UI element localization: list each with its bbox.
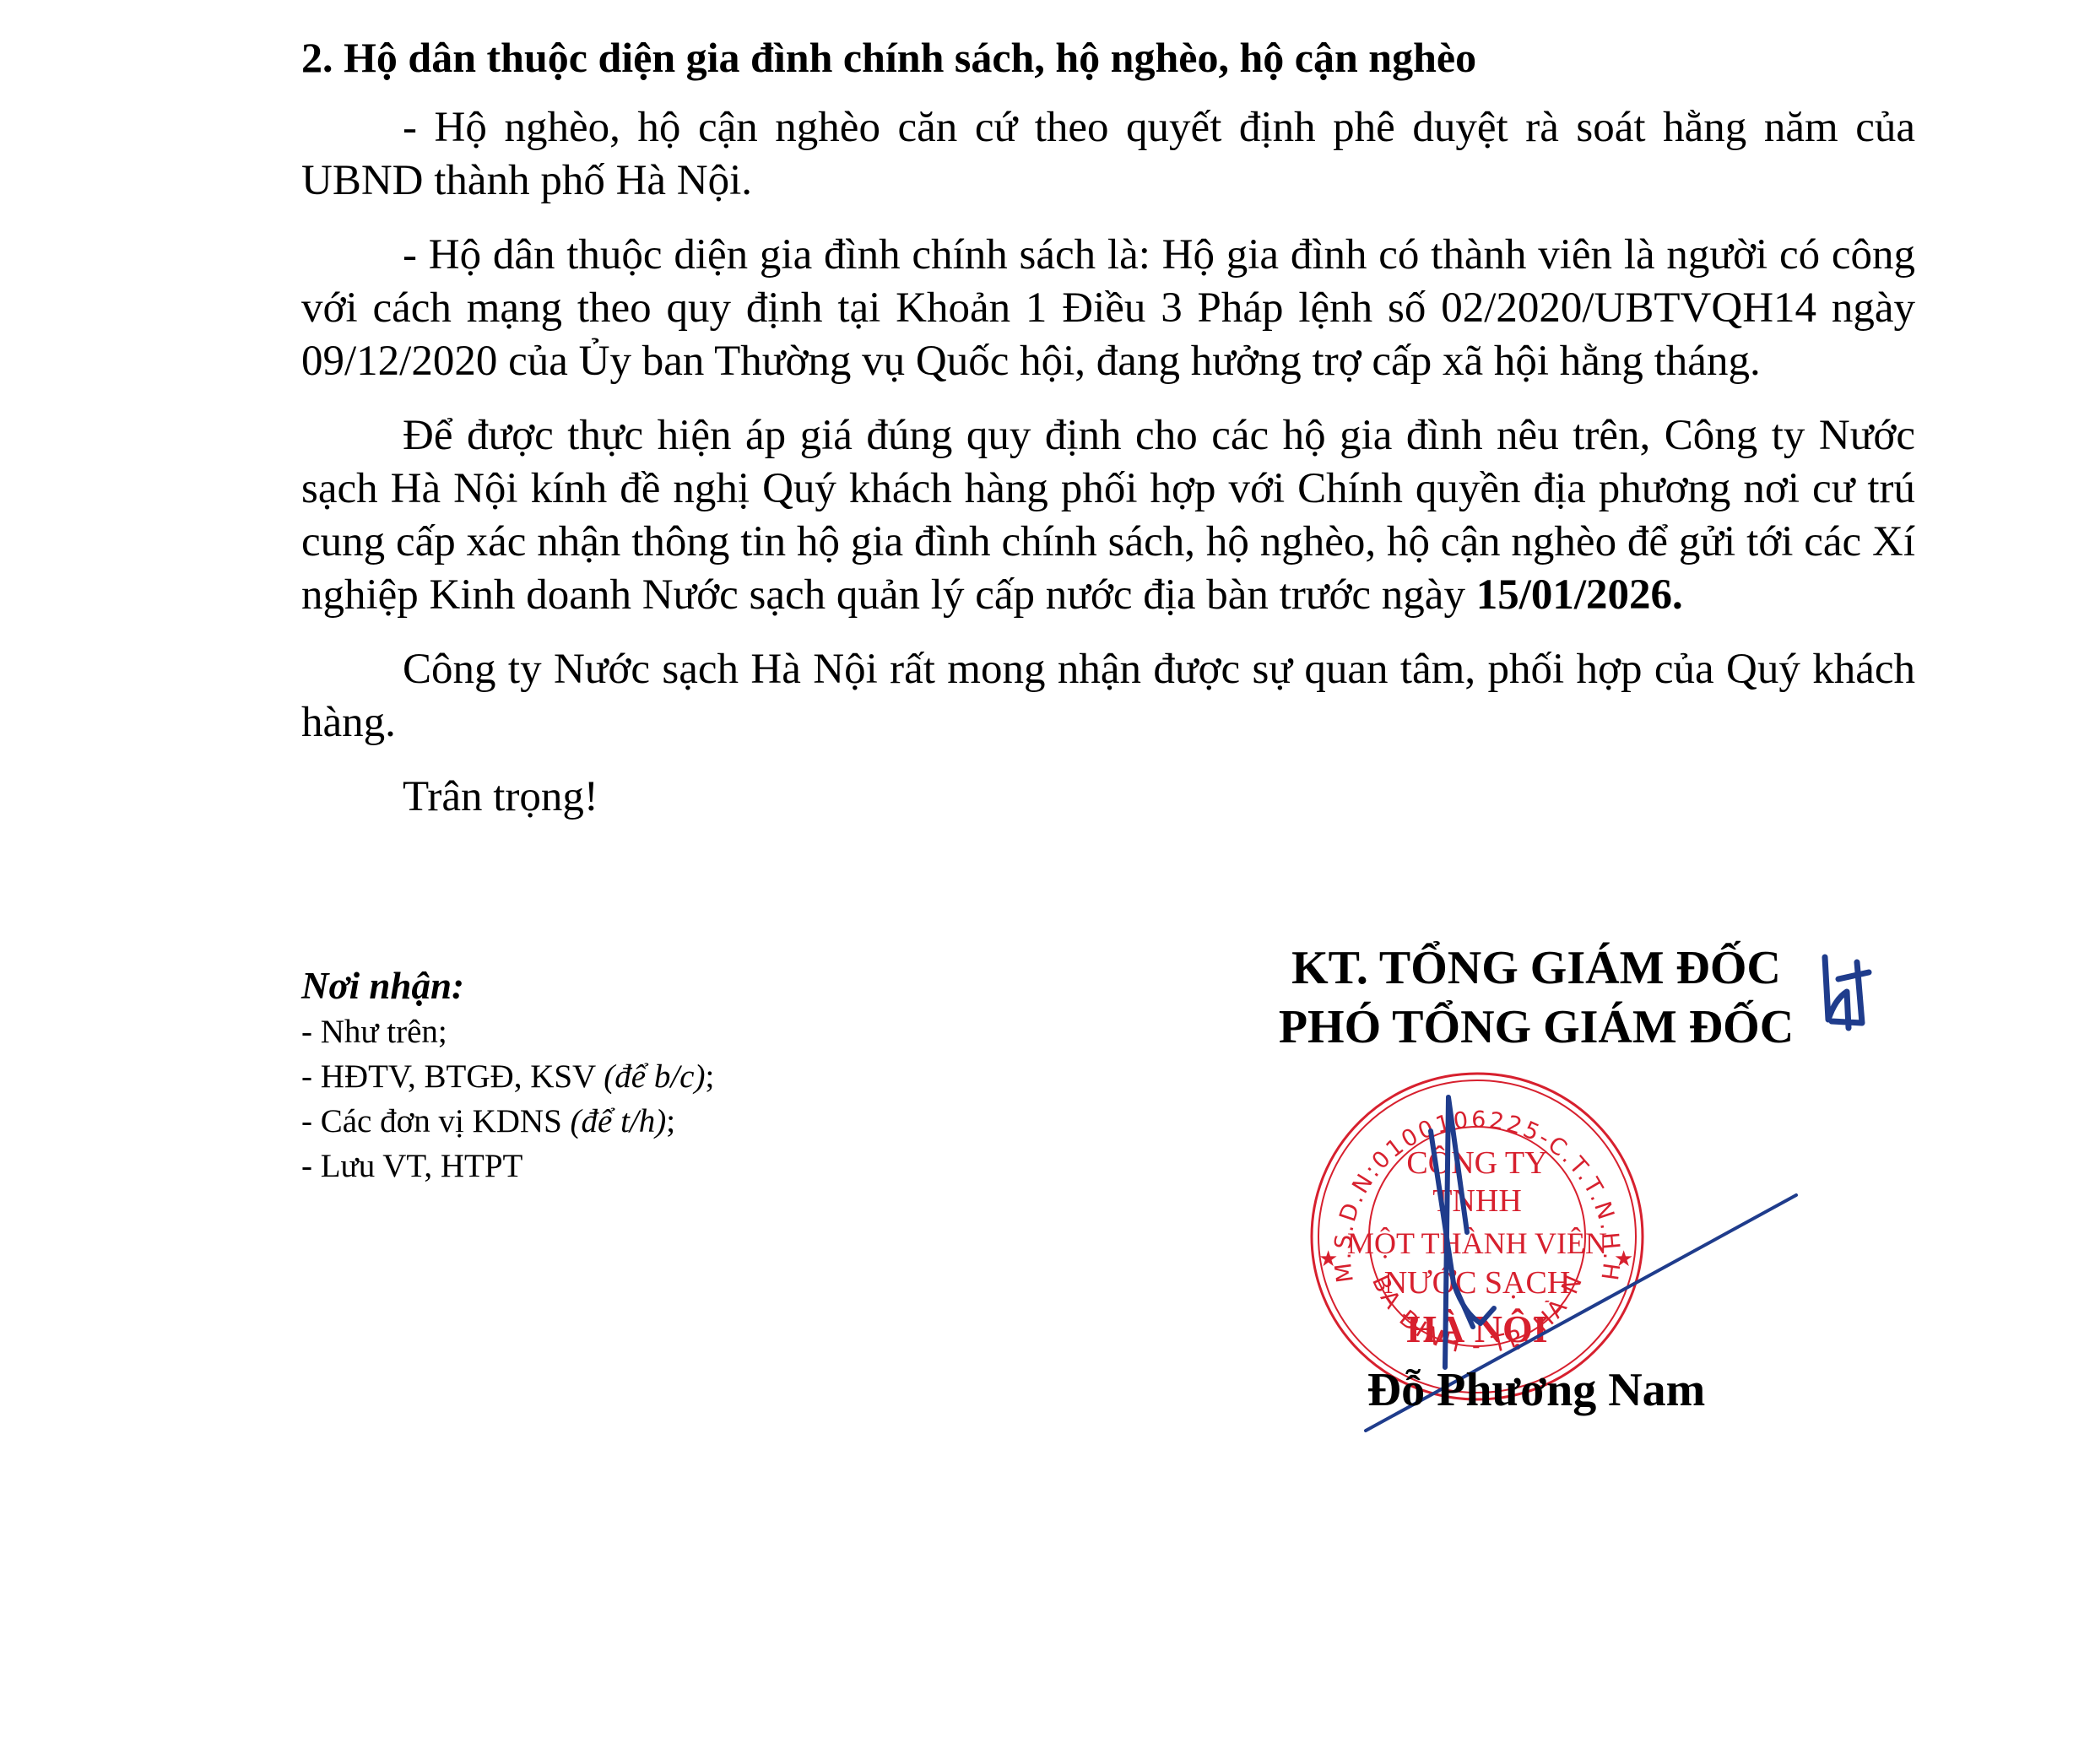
recipient-item: - Như trên;: [301, 1009, 714, 1054]
paragraph-regards: Trân trọng!: [301, 771, 1915, 824]
recipient-note: (để b/c): [604, 1058, 705, 1095]
recipient-item: - Lưu VT, HTPT: [301, 1144, 714, 1188]
svg-text:★: ★: [1318, 1247, 1338, 1272]
paragraph-policy-households: - Hộ dân thuộc diện gia đình chính sách …: [301, 229, 1915, 388]
letter-body: 2. Hộ dân thuộc diện gia đình chính sách…: [301, 30, 1915, 845]
recipient-text: - Như trên;: [301, 1014, 447, 1050]
paragraph-request: Để được thực hiện áp giá đúng quy định c…: [301, 409, 1915, 622]
paragraph-poor-households: - Hộ nghèo, hộ cận nghèo căn cứ theo quy…: [301, 101, 1915, 208]
recipient-suffix: ;: [705, 1058, 714, 1095]
svg-text:TNHH: TNHH: [1432, 1183, 1522, 1219]
document-page: 2. Hộ dân thuộc diện gia đình chính sách…: [0, 0, 2095, 1764]
signature-block: KT. TỔNG GIÁM ĐỐC PHÓ TỔNG GIÁM ĐỐC: [1207, 939, 1865, 1057]
recipient-note: (để t/h): [571, 1103, 667, 1139]
signer-title-line2: PHÓ TỔNG GIÁM ĐỐC: [1207, 998, 1865, 1057]
recipient-text: - HĐTV, BTGĐ, KSV: [301, 1058, 604, 1095]
section-heading: 2. Hộ dân thuộc diện gia đình chính sách…: [301, 30, 1915, 84]
recipient-text: - Các đơn vị KDNS: [301, 1103, 571, 1139]
paragraph-thanks: Công ty Nước sạch Hà Nội rất mong nhận đ…: [301, 643, 1915, 749]
deadline-date: 15/01/2026.: [1476, 571, 1683, 619]
svg-text:★: ★: [1614, 1247, 1633, 1272]
svg-text:NƯỚC SẠCH: NƯỚC SẠCH: [1384, 1265, 1571, 1301]
svg-text:HÀ NỘI: HÀ NỘI: [1406, 1307, 1547, 1350]
recipient-suffix: ;: [666, 1103, 675, 1139]
recipients-list: Nơi nhận: - Như trên; - HĐTV, BTGĐ, KSV …: [301, 962, 714, 1188]
recipient-item: - HĐTV, BTGĐ, KSV (để b/c);: [301, 1054, 714, 1099]
signer-name: Đỗ Phương Nam: [1207, 1361, 1865, 1420]
svg-text:MỘT THÀNH VIÊN: MỘT THÀNH VIÊN: [1347, 1226, 1607, 1260]
svg-text:CÔNG TY: CÔNG TY: [1406, 1145, 1547, 1181]
recipient-item: - Các đơn vị KDNS (để t/h);: [301, 1099, 714, 1144]
recipients-title: Nơi nhận:: [301, 962, 714, 1009]
signer-title-line1: KT. TỔNG GIÁM ĐỐC: [1207, 939, 1865, 998]
recipient-text: - Lưu VT, HTPT: [301, 1148, 522, 1184]
